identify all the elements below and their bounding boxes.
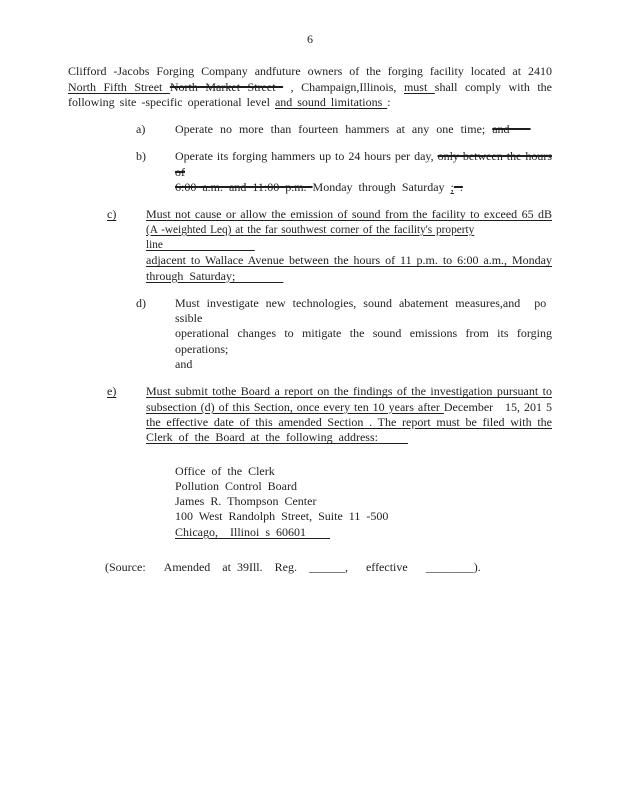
text-line: Operate its forging hammers up to 24 hou… [175,149,552,180]
text-line: Chicago, Illinoi s 60601 [175,525,555,540]
text-line: Operate no more than fourteen hammers at… [175,122,552,137]
list-item-body: Must not cause or allow the emission of … [146,207,552,283]
text-run: : [387,95,390,109]
inserted-text [163,239,255,251]
text-line: following site -specific operational lev… [68,95,552,110]
inserted-text: must [404,80,435,94]
inserted-text: Must not cause or allow the emission of … [146,207,552,221]
list-item-body: Must submit tothe Board a report on the … [146,384,552,445]
text-line: Must investigate new technologies, sound… [175,296,552,327]
text-run: Must investigate new technologies, sound… [175,296,546,325]
list-item-body: Must investigate new technologies, sound… [175,296,552,372]
document-page: 6 Clifford -Jacobs Forging Company andfu… [0,0,618,575]
text-run: James R. Thompson Center [175,494,316,508]
text-line: adjacent to Wallace Avenue between the h… [146,253,552,268]
text-run: and [175,357,192,371]
list-item-body: Operate no more than fourteen hammers at… [175,122,552,137]
text-line: the effective date of this amended Secti… [146,415,552,430]
deleted-text: North Market Street [170,80,283,94]
text-run: b) [136,149,146,163]
text-line: Clifford -Jacobs Forging Company andfutu… [68,64,552,79]
list-item-label: a) [136,122,175,137]
opening-paragraph: Clifford -Jacobs Forging Company andfutu… [68,64,552,110]
text-line: through Saturday; [146,269,552,284]
inserted-text: Clerk of the Board at the following addr… [146,430,408,444]
text-run: Operate its forging hammers up to 24 hou… [175,149,438,163]
text-run: (Source: Amended at 39Ill. Reg. ______, … [105,560,481,574]
inserted-text: Must submit tothe Board a report on the … [146,384,552,398]
text-run: Pollution Control Board [175,479,297,493]
list-item-label: b) [136,149,175,195]
text-run: following site -specific operational lev… [68,95,275,109]
inserted-text: the effective date of this amended Secti… [146,415,552,429]
list-item-body: Operate its forging hammers up to 24 hou… [175,149,552,195]
address-block: Office of the ClerkPollution Control Boa… [175,464,555,540]
inserted-text: subsection (d) of this Section, once eve… [146,400,444,414]
page-number: 6 [68,32,552,47]
inserted-text: through Saturday; [146,269,283,283]
inserted-text: c) [107,207,116,221]
text-line: subsection (d) of this Section, once eve… [146,400,552,415]
text-run: December 15, 201 5 [444,400,552,414]
text-line: operational changes to mitigate the soun… [175,326,552,357]
text-line: (Source: Amended at 39Ill. Reg. ______, … [105,560,525,575]
text-run: operational changes to mitigate the soun… [175,326,552,355]
list-item-d: d)Must investigate new technologies, sou… [136,296,552,372]
list-item-a: a)Operate no more than fourteen hammers … [136,122,552,137]
deleted-text: 6:00 a.m. and 11:00 p.m. [175,180,313,194]
text-run: Monday through Saturday [313,180,451,194]
text-run: a) [136,122,145,136]
text-line: James R. Thompson Center [175,494,555,509]
text-run: d) [136,296,146,310]
text-line: North Fifth Street North Market Street ,… [68,80,552,95]
text-line: and [175,357,552,372]
list-item-label: c) [107,207,146,283]
inserted-text: North Fifth Street [68,80,170,94]
text-line: 100 West Randolph Street, Suite 11 -500 [175,509,555,524]
list-item-label: d) [136,296,175,372]
list-item-e: e)Must submit tothe Board a report on th… [107,384,552,445]
text-line: Clerk of the Board at the following addr… [146,430,552,445]
list-item-b: b)Operate its forging hammers up to 24 h… [136,149,552,195]
list-items: a)Operate no more than fourteen hammers … [68,122,552,445]
text-run: Operate no more than fourteen hammers at… [175,122,492,136]
text-line: Pollution Control Board [175,479,555,494]
inserted-text: and sound limitations [275,95,387,109]
text-run: 100 West Randolph Street, Suite 11 -500 [175,509,388,523]
text-line: 6:00 a.m. and 11:00 p.m. Monday through … [175,180,552,195]
text-line: Office of the Clerk [175,464,555,479]
deleted-text: . [454,180,463,194]
text-line: Must not cause or allow the emission of … [146,207,552,222]
inserted-text: e) [107,384,116,398]
source-line: (Source: Amended at 39Ill. Reg. ______, … [105,560,525,575]
deleted-text: and [492,122,530,136]
inserted-text: adjacent to Wallace Avenue between the h… [146,253,552,267]
text-line: Must submit tothe Board a report on the … [146,384,552,399]
text-run: , Champaign,Illinois, [283,80,404,94]
inserted-text: Chicago, Illinoi s 60601 [175,525,330,539]
list-item-c: c)Must not cause or allow the emission o… [107,207,552,283]
text-run: shall comply with the [435,80,552,94]
text-run: Clifford -Jacobs Forging Company andfutu… [68,64,552,78]
text-run: Office of the Clerk [175,464,275,478]
list-item-label: e) [107,384,146,445]
text-line: (A -weighted Leq) at the far southwest c… [146,223,552,254]
